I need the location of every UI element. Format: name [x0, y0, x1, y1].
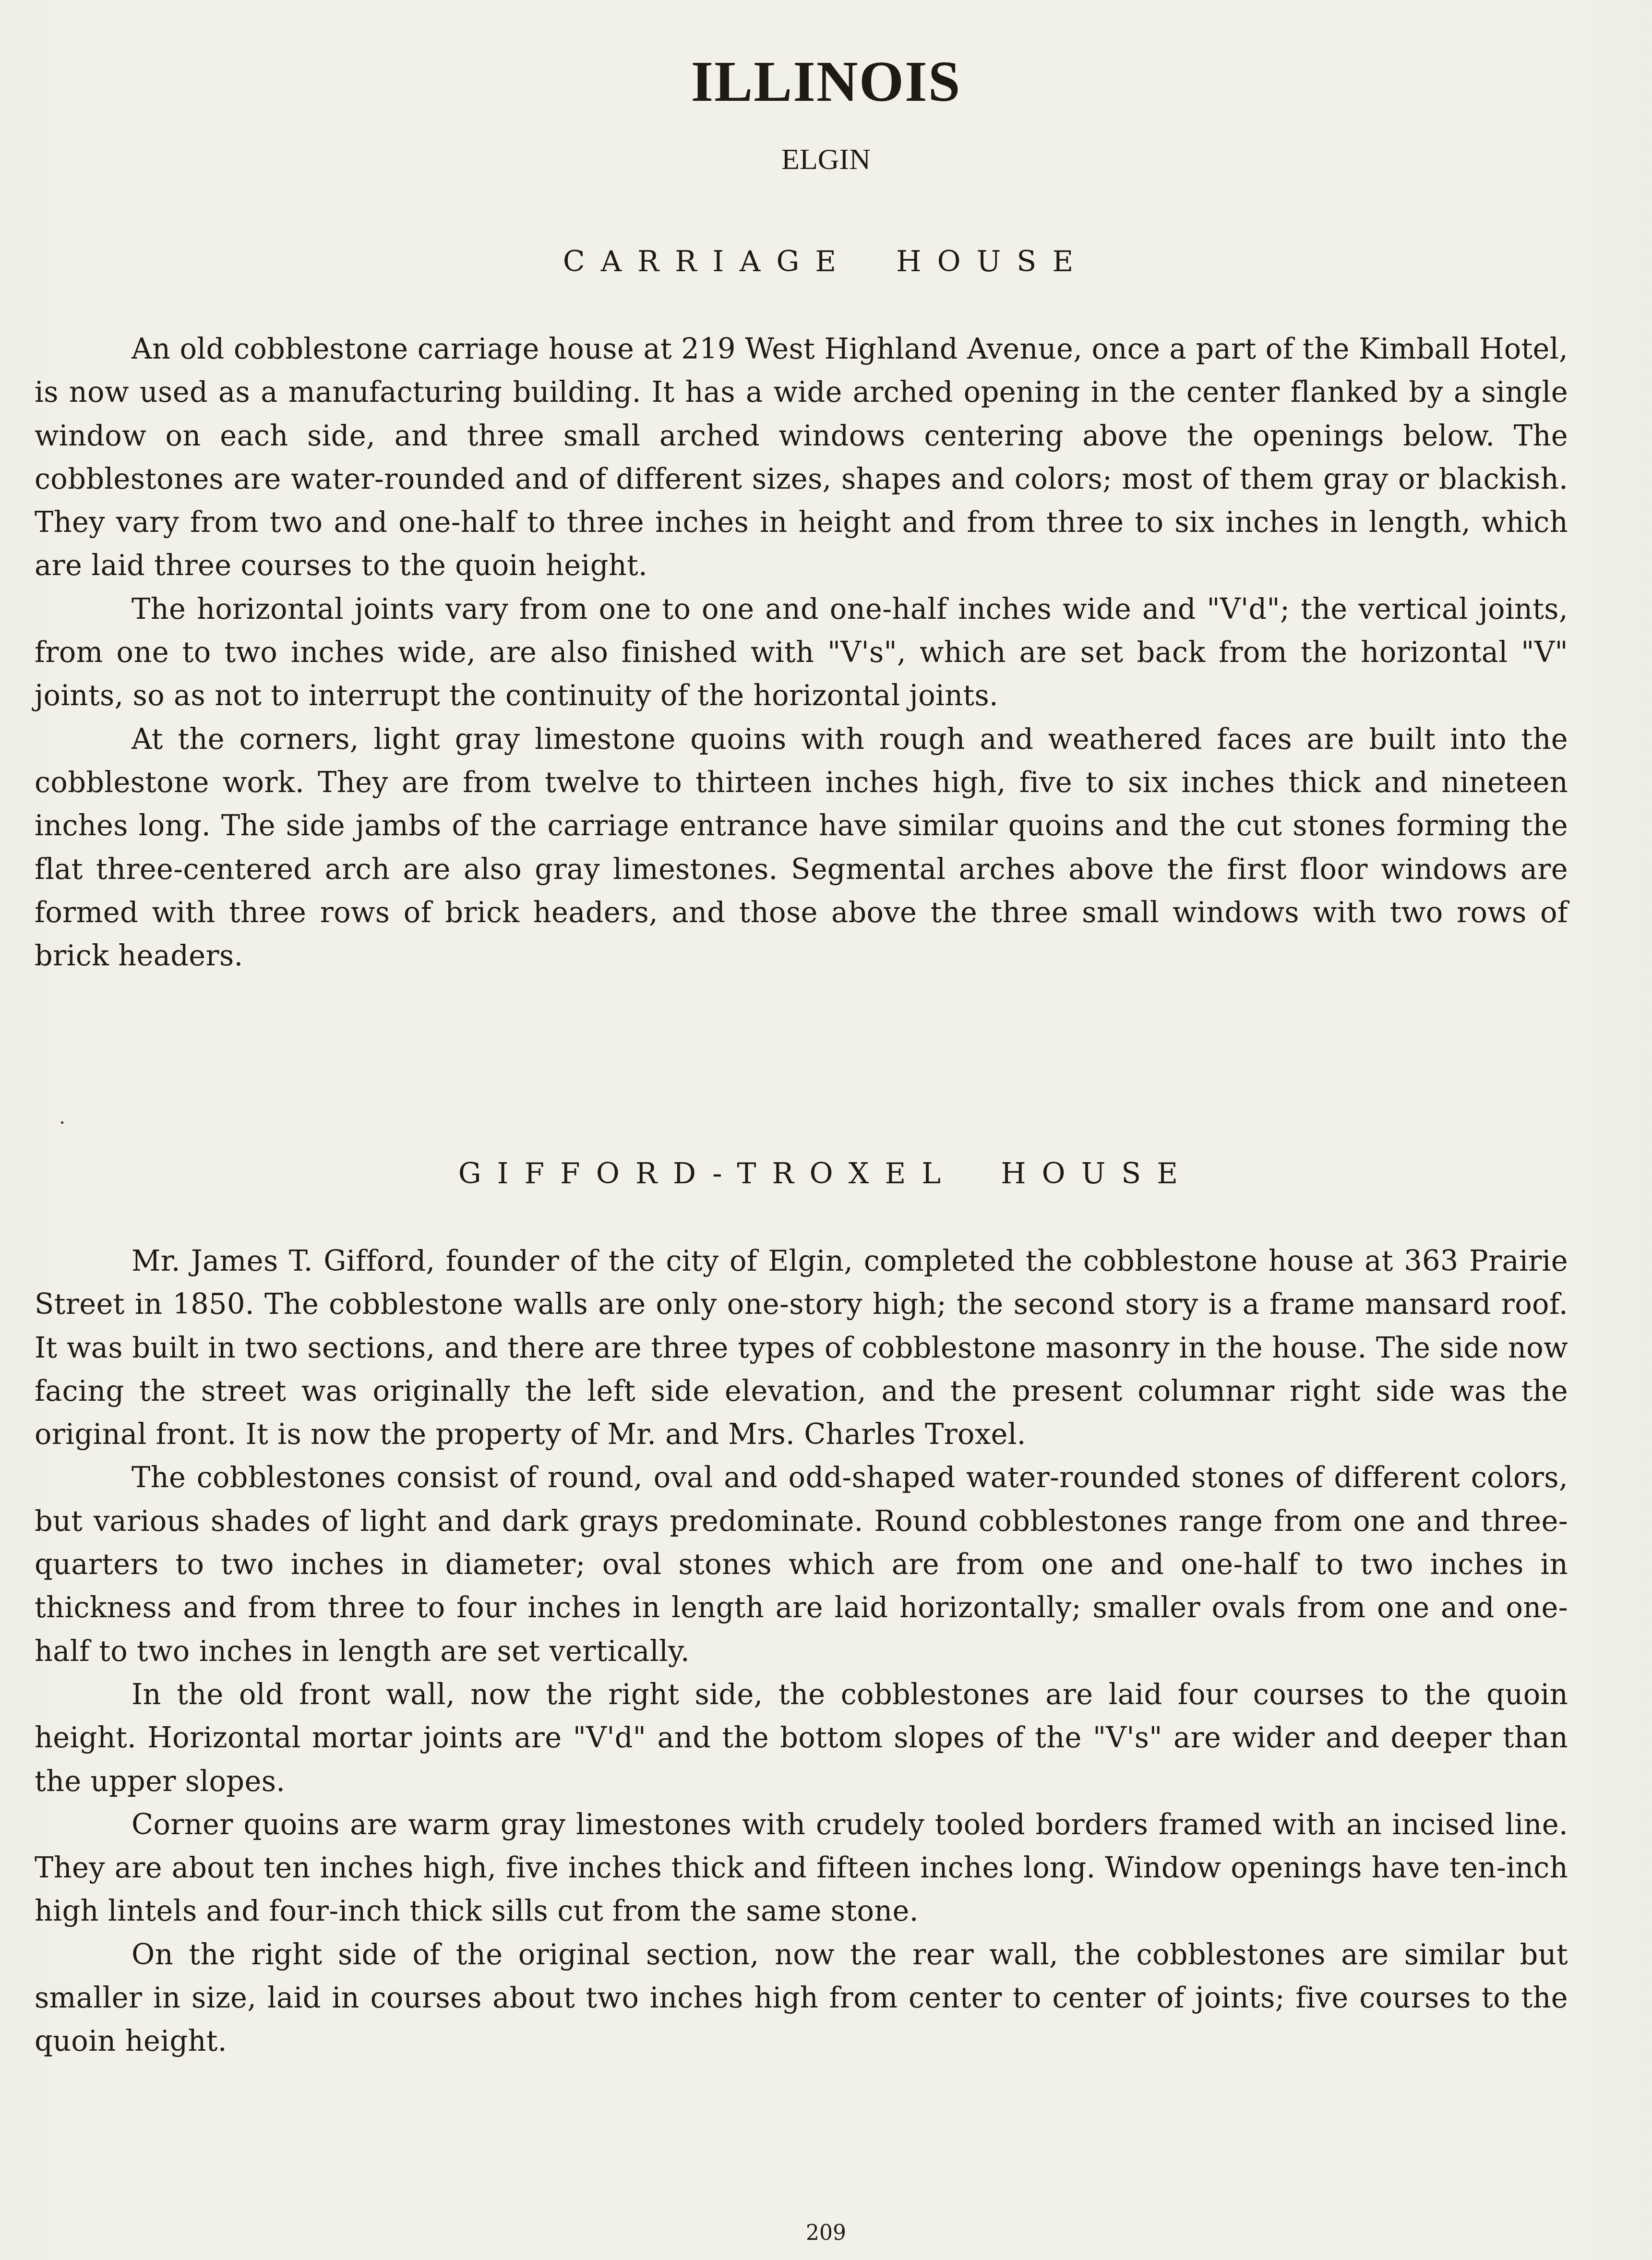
paragraph: Mr. James T. Gifford, founder of the cit…	[35, 1239, 1568, 1456]
city-title: ELGIN	[0, 140, 1652, 179]
gifford-troxel-text: Mr. James T. Gifford, founder of the cit…	[35, 1239, 1568, 2063]
paragraph: On the right side of the original sectio…	[35, 1933, 1568, 2063]
book-page: ILLINOIS ELGIN CARRIAGE HOUSE An old cob…	[0, 0, 1652, 2260]
print-speck	[61, 1121, 63, 1124]
paragraph: At the corners, light gray limestone quo…	[35, 718, 1568, 978]
paragraph: The horizontal joints vary from one to o…	[35, 588, 1568, 718]
section-heading-gifford-troxel-house: GIFFORD-TROXEL HOUSE	[0, 1154, 1652, 1193]
paragraph: An old cobblestone carriage house at 219…	[35, 327, 1568, 588]
state-title: ILLINOIS	[0, 48, 1652, 115]
paragraph: Corner quoins are warm gray limestones w…	[35, 1803, 1568, 1933]
paragraph: In the old front wall, now the right sid…	[35, 1673, 1568, 1803]
paragraph: The cobblestones consist of round, oval …	[35, 1456, 1568, 1672]
carriage-house-text: An old cobblestone carriage house at 219…	[35, 327, 1568, 977]
page-number: 209	[0, 2219, 1652, 2248]
section-heading-carriage-house: CARRIAGE HOUSE	[0, 242, 1652, 281]
